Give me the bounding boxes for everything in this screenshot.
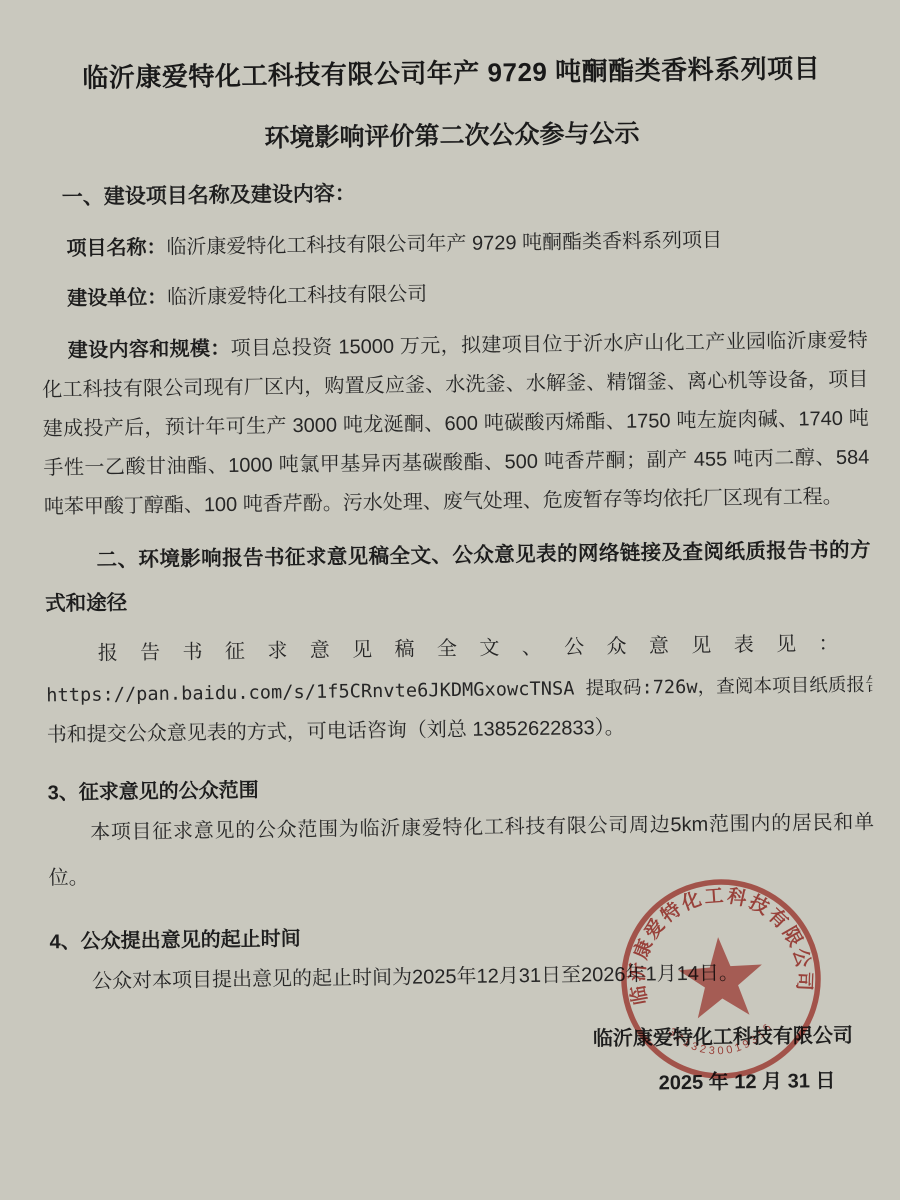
builder-label: 建设单位： <box>67 287 167 310</box>
project-name-value: 临沂康爱特化工科技有限公司年产 9729 吨酮酯类香料系列项目 <box>166 229 722 258</box>
doc-title-line1: 临沂康爱特化工科技有限公司年产 9729 吨酮酯类香料系列项目 <box>38 51 864 96</box>
contact-line: 书和提交公众意见表的方式，可电话咨询（刘总 13852622833）。 <box>47 708 873 753</box>
section2-intro-line: 报告书征求意见稿全文、公众意见表见： <box>46 627 872 667</box>
section3-heading: 3、征求意见的公众范围 <box>47 766 873 806</box>
section1-heading: 一、建设项目名称及建设内容： <box>40 171 866 212</box>
project-name-row: 项目名称：临沂康爱特化工科技有限公司年产 9729 吨酮酯类香料系列项目 <box>40 222 866 262</box>
scale-paragraph: 建设内容和规模：项目总投资 15000 万元，拟建项目位于沂水庐山化工产业园临沂… <box>42 322 870 528</box>
svg-text:3713230019316: 3713230019316 <box>665 1019 778 1061</box>
section2-heading: 二、环境影响报告书征求意见稿全文、公众意见表的网络链接及查阅纸质报告书的方式和途… <box>44 529 871 626</box>
company-seal: 临沂康爱特化工科技有限公司 3713230019316 <box>598 856 843 1101</box>
seal-number-text: 3713230019316 <box>665 1019 778 1061</box>
builder-value: 临沂康爱特化工科技有限公司 <box>167 283 427 308</box>
builder-row: 建设单位：临沂康爱特化工科技有限公司 <box>41 272 867 312</box>
project-name-label: 项目名称： <box>66 237 166 260</box>
scale-label: 建设内容和规模： <box>68 338 231 362</box>
seal-star-icon <box>676 934 765 1019</box>
document-photo: 临沂康爱特化工科技有限公司年产 9729 吨酮酯类香料系列项目 环境影响评价第二… <box>0 0 900 1200</box>
doc-title-line2: 环境影响评价第二次公众参与公示 <box>39 115 865 158</box>
report-url-line: https://pan.baidu.com/s/1f5CRnvte6JKDMGx… <box>46 671 872 708</box>
